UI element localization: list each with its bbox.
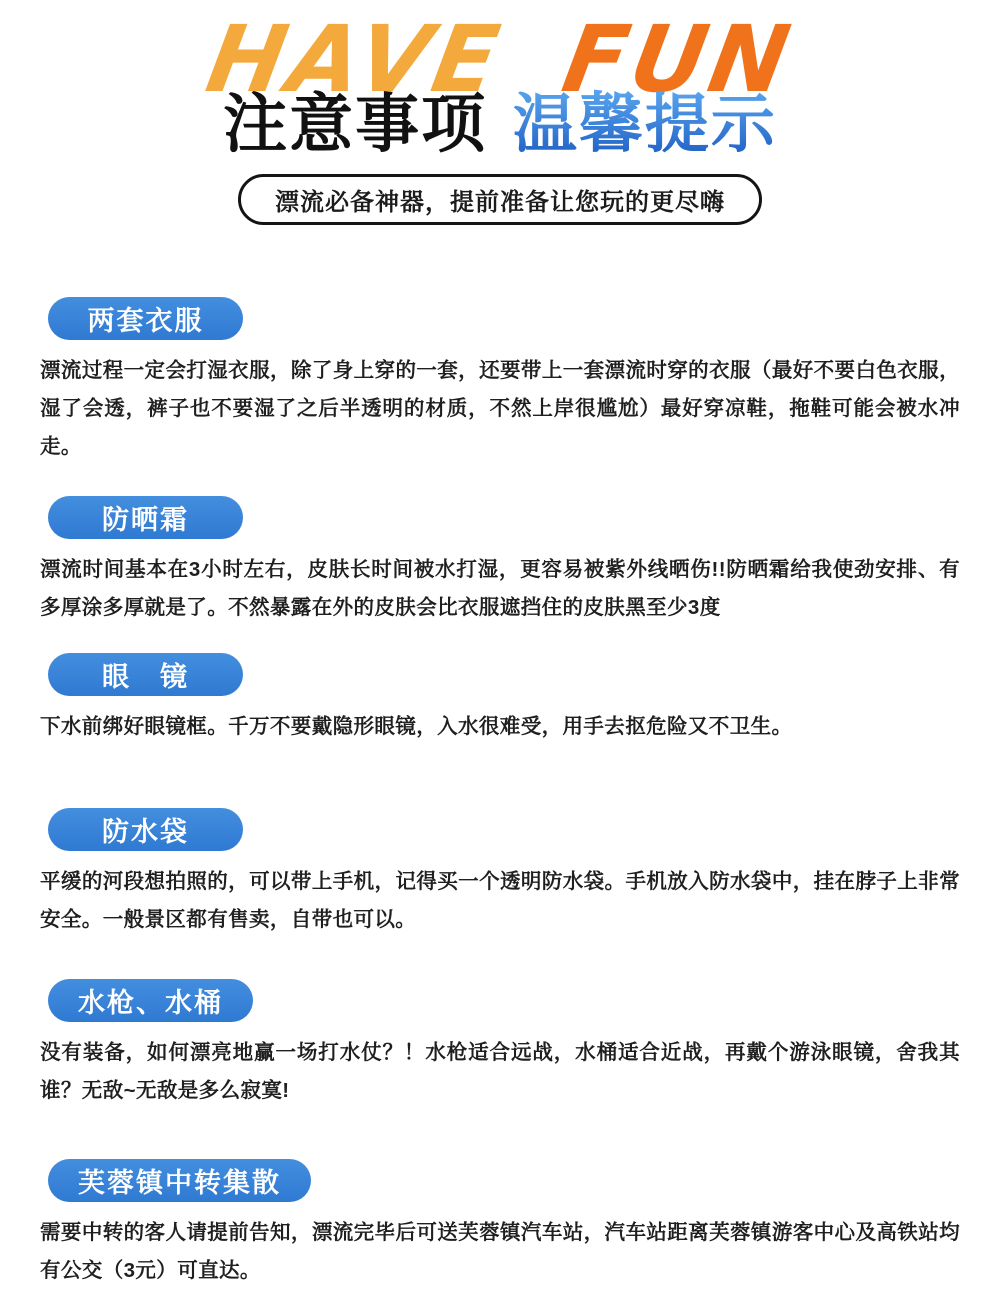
section-header-pill: 眼 镜 xyxy=(48,653,243,696)
section-header-pill: 水枪、水桶 xyxy=(48,979,253,1022)
section-body-text: 漂流过程一定会打湿衣服，除了身上穿的一套，还要带上一套漂流时穿的衣服（最好不要白… xyxy=(40,352,960,466)
section-body-text: 需要中转的客人请提前告知，漂流完毕后可送芙蓉镇汽车站，汽车站距离芙蓉镇游客中心及… xyxy=(40,1214,960,1290)
title-notice: 注意事项 xyxy=(223,88,487,160)
section-body-text: 下水前绑好眼镜框。千万不要戴隐形眼镜，入水很难受，用手去抠危险又不卫生。 xyxy=(40,708,960,746)
section-furong-town-transfer: 芙蓉镇中转集散 需要中转的客人请提前告知，漂流完毕后可送芙蓉镇汽车站，汽车站距离… xyxy=(40,1159,960,1290)
sections-container: 两套衣服 漂流过程一定会打湿衣服，除了身上穿的一套，还要带上一套漂流时穿的衣服（… xyxy=(0,297,1000,1290)
section-header-pill: 芙蓉镇中转集散 xyxy=(48,1159,311,1202)
section-sunscreen: 防晒霜 漂流时间基本在3小时左右，皮肤长时间被水打湿，更容易被紫外线晒伤!!防晒… xyxy=(40,496,960,627)
section-body-text: 漂流时间基本在3小时左右，皮肤长时间被水打湿，更容易被紫外线晒伤!!防晒霜给我使… xyxy=(40,551,960,627)
section-glasses: 眼 镜 下水前绑好眼镜框。千万不要戴隐形眼镜，入水很难受，用手去抠危险又不卫生。 xyxy=(40,653,960,746)
section-header-pill: 防晒霜 xyxy=(48,496,243,539)
section-water-gun-bucket: 水枪、水桶 没有装备，如何漂亮地赢一场打水仗？！水枪适合远战，水桶适合近战，再戴… xyxy=(40,979,960,1110)
section-header-pill: 两套衣服 xyxy=(48,297,243,340)
section-two-sets-of-clothes: 两套衣服 漂流过程一定会打湿衣服，除了身上穿的一套，还要带上一套漂流时穿的衣服（… xyxy=(40,297,960,466)
section-body-text: 没有装备，如何漂亮地赢一场打水仗？！水枪适合远战，水桶适合近战，再戴个游泳眼镜，… xyxy=(40,1034,960,1110)
poster-header: HAVE FUN 注意事项 温馨提示 漂流必备神器，提前准备让您玩的更尽嗨 xyxy=(0,0,1000,225)
section-waterproof-bag: 防水袋 平缓的河段想拍照的，可以带上手机，记得买一个透明防水袋。手机放入防水袋中… xyxy=(40,808,960,939)
notice-poster: HAVE FUN 注意事项 温馨提示 漂流必备神器，提前准备让您玩的更尽嗨 两套… xyxy=(0,0,1000,1302)
section-body-text: 平缓的河段想拍照的，可以带上手机，记得买一个透明防水袋。手机放入防水袋中，挂在脖… xyxy=(40,863,960,939)
section-header-pill: 防水袋 xyxy=(48,808,243,851)
title-tips: 温馨提示 xyxy=(513,88,777,160)
page-title: 注意事项 温馨提示 xyxy=(0,88,1000,162)
subtitle-badge: 漂流必备神器，提前准备让您玩的更尽嗨 xyxy=(238,174,762,225)
